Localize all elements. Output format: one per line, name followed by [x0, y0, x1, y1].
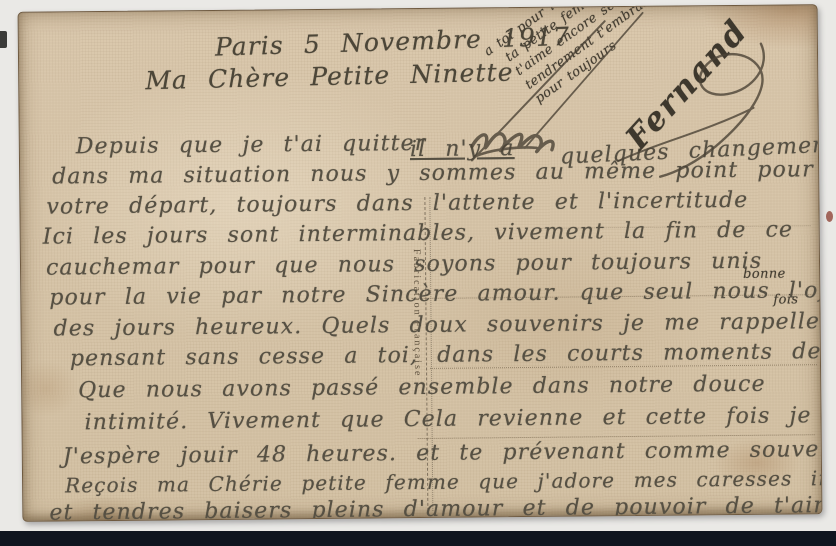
handwritten-line-underlined: il n'y a — [410, 136, 515, 162]
handwritten-line: intimité. Vivement que Cela revienne et … — [84, 403, 811, 435]
handwritten-line: Reçois ma Chérie petite femme que j'ador… — [65, 465, 822, 497]
inserted-word-above: bonne — [743, 265, 786, 282]
handwritten-line: cauchemar pour que nous soyons pour touj… — [46, 249, 762, 281]
salutation: Ma Chère Petite Ninette — [145, 58, 514, 96]
handwritten-line: dans ma situation nous y sommes au même … — [52, 157, 814, 189]
margin-stain — [826, 211, 833, 222]
scan-edge-notch — [0, 31, 7, 48]
handwritten-line: pour la vie par notre Sincère amour. que… — [49, 278, 822, 311]
handwritten-line: des jours heureux. Quels doux souvenirs … — [53, 309, 822, 342]
handwritten-line: pensant sans cesse a toi, dans les court… — [70, 338, 823, 371]
handwritten-line: Depuis que je t'ai quitter — [76, 131, 427, 159]
handwritten-line: et tendres baisers pleins d'amour et de … — [49, 493, 822, 522]
handwritten-line: votre départ, toujours dans l'attente et… — [46, 188, 748, 220]
scan-bottom-band — [0, 531, 836, 546]
inserted-word-below: fois — [773, 291, 798, 308]
handwritten-line: Que nous avons passé ensemble dans notre… — [78, 372, 766, 404]
handwritten-line: Ici les jours sont interminables, viveme… — [43, 217, 794, 249]
postcard-back: Fabrication Française Paris 5 Novembre 1… — [18, 4, 823, 522]
handwritten-line: J'espère jouir 48 heures. et te prévenan… — [63, 437, 823, 470]
